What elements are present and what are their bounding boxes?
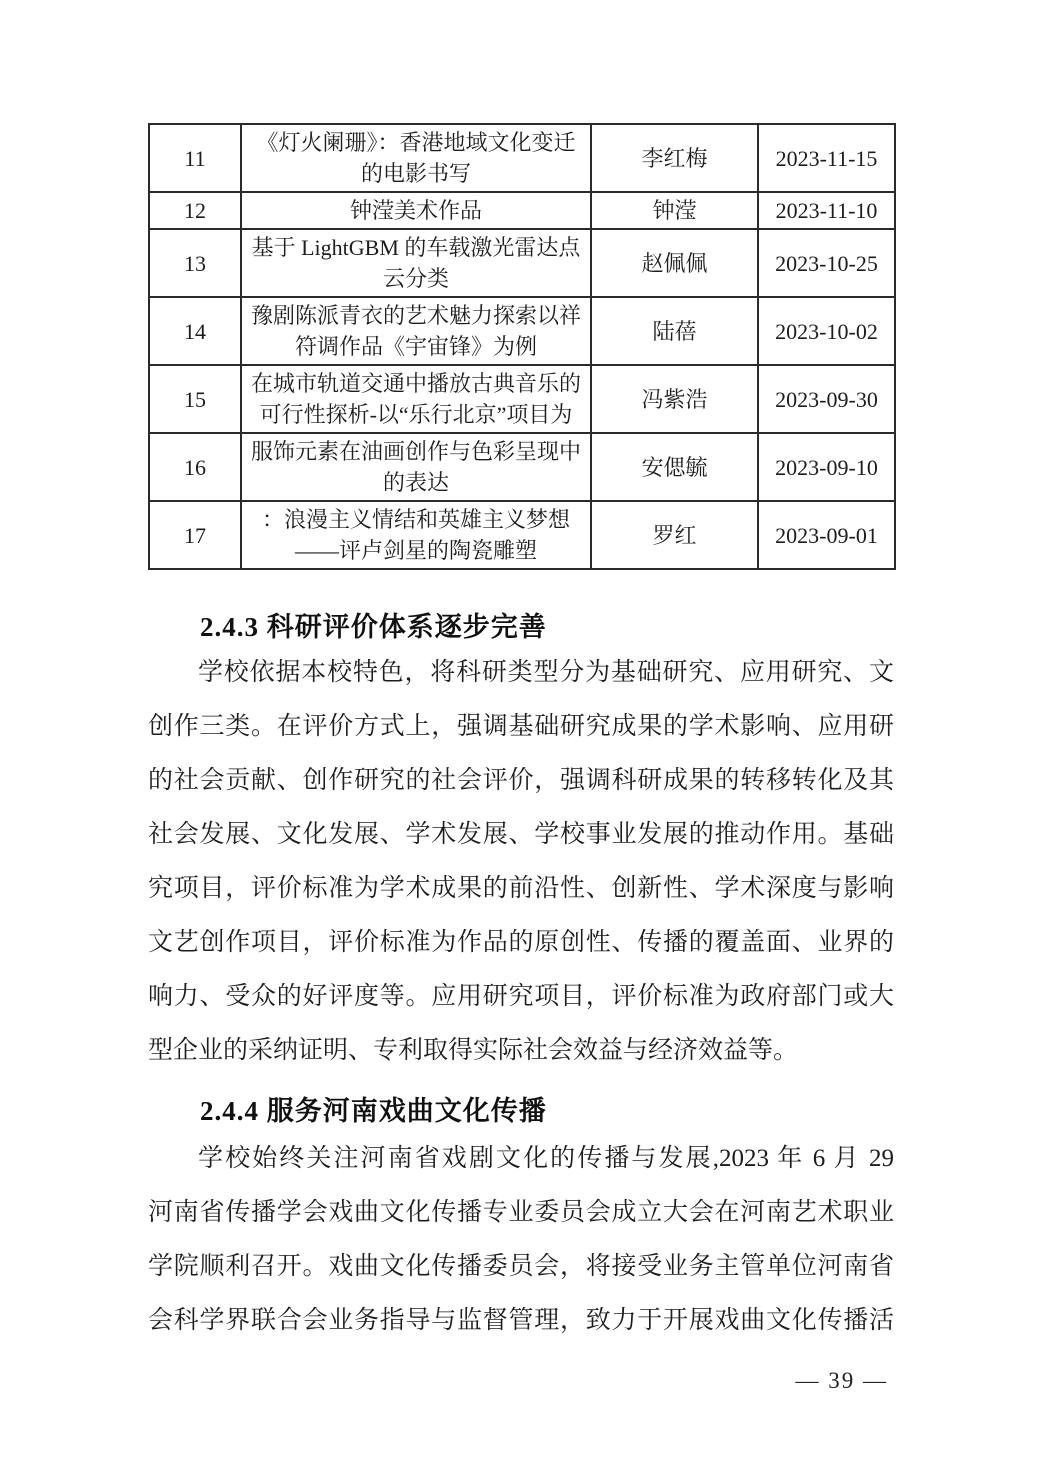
table-row: 16 服饰元素在油画创作与色彩呈现中的表达 安偲毓 2023-09-10 (149, 433, 895, 501)
row-number-cell: 15 (149, 365, 241, 433)
row-number-cell: 11 (149, 124, 241, 192)
row-number-cell: 16 (149, 433, 241, 501)
date-cell: 2023-09-10 (758, 433, 895, 501)
row-number-cell: 17 (149, 501, 241, 569)
author-cell: 冯紫浩 (591, 365, 758, 433)
table-row: 17 ：浪漫主义情结和英雄主义梦想——评卢剑星的陶瓷雕塑 罗红 2023-09-… (149, 501, 895, 569)
publications-table: 11 《灯火阑珊》：香港地域文化变迁的电影书写 李红梅 2023-11-15 1… (148, 123, 896, 570)
date-cell: 2023-11-15 (758, 124, 895, 192)
paragraph-line: 究项目，评价标准为学术成果的前沿性、创新性、学术深度与影响力。 (148, 862, 894, 916)
row-number-cell: 13 (149, 229, 241, 297)
paragraph-line: 的社会贡献、创作研究的社会评价，强调科研成果的转移转化及其对 (148, 754, 894, 808)
paragraph-line: 响力、受众的好评度等。应用研究项目，评价标准为政府部门或大中 (148, 970, 894, 1024)
table-row: 15 在城市轨道交通中播放古典音乐的可行性探析-以“乐行北京”项目为 冯紫浩 2… (149, 365, 895, 433)
paragraph-line: 创作三类。在评价方式上，强调基础研究成果的学术影响、应用研究 (148, 700, 894, 754)
row-number-cell: 12 (149, 192, 241, 229)
paragraph-line: 社会发展、文化发展、学术发展、学校事业发展的推动作用。基础研 (148, 808, 894, 862)
date-cell: 2023-09-01 (758, 501, 895, 569)
title-cell: 钟滢美术作品 (241, 192, 591, 229)
date-cell: 2023-09-30 (758, 365, 895, 433)
paragraph-2-4-3: 学校依据本校特色，将科研类型分为基础研究、应用研究、文艺 创作三类。在评价方式上… (148, 646, 894, 1078)
section-heading-2-4-3: 2.4.3 科研评价体系逐步完善 (148, 609, 894, 645)
title-cell: 《灯火阑珊》：香港地域文化变迁的电影书写 (241, 124, 591, 192)
document-page: 11 《灯火阑珊》：香港地域文化变迁的电影书写 李红梅 2023-11-15 1… (0, 0, 1041, 1472)
paragraph-line: 文艺创作项目，评价标准为作品的原创性、传播的覆盖面、业界的影 (148, 916, 894, 970)
author-cell: 钟滢 (591, 192, 758, 229)
date-cell: 2023-10-25 (758, 229, 895, 297)
section-heading-2-4-4: 2.4.4 服务河南戏曲文化传播 (148, 1093, 894, 1129)
paragraph-line: 会科学界联合会业务指导与监督管理，致力于开展戏曲文化传播活动 (148, 1294, 894, 1348)
paragraph-line: 学校依据本校特色，将科研类型分为基础研究、应用研究、文艺 (148, 646, 894, 700)
title-cell: 豫剧陈派青衣的艺术魅力探索以祥符调作品《宇宙锋》为例 (241, 297, 591, 365)
date-cell: 2023-11-10 (758, 192, 895, 229)
row-number-cell: 14 (149, 297, 241, 365)
paragraph-line: 学校始终关注河南省戏剧文化的传播与发展,2023 年 6 月 29 日， (148, 1132, 894, 1186)
title-cell: 服饰元素在油画创作与色彩呈现中的表达 (241, 433, 591, 501)
table-row: 12 钟滢美术作品 钟滢 2023-11-10 (149, 192, 895, 229)
paragraph-line: 河南省传播学会戏曲文化传播专业委员会成立大会在河南艺术职业 (148, 1186, 894, 1240)
table-row: 11 《灯火阑珊》：香港地域文化变迁的电影书写 李红梅 2023-11-15 (149, 124, 895, 192)
table-row: 14 豫剧陈派青衣的艺术魅力探索以祥符调作品《宇宙锋》为例 陆蓓 2023-10… (149, 297, 895, 365)
paragraph-line: 型企业的采纳证明、专利取得实际社会效益与经济效益等。 (148, 1024, 894, 1078)
title-cell: ：浪漫主义情结和英雄主义梦想——评卢剑星的陶瓷雕塑 (241, 501, 591, 569)
table-row: 13 基于 LightGBM 的车载激光雷达点云分类 赵佩佩 2023-10-2… (149, 229, 895, 297)
author-cell: 罗红 (591, 501, 758, 569)
author-cell: 陆蓓 (591, 297, 758, 365)
date-cell: 2023-10-02 (758, 297, 895, 365)
author-cell: 赵佩佩 (591, 229, 758, 297)
author-cell: 李红梅 (591, 124, 758, 192)
paragraph-2-4-4: 学校始终关注河南省戏剧文化的传播与发展,2023 年 6 月 29 日， 河南省… (148, 1132, 894, 1348)
page-number: — 39 — (148, 1366, 888, 1396)
title-cell: 基于 LightGBM 的车载激光雷达点云分类 (241, 229, 591, 297)
paragraph-line: 学院顺利召开。戏曲文化传播委员会，将接受业务主管单位河南省社 (148, 1240, 894, 1294)
title-cell: 在城市轨道交通中播放古典音乐的可行性探析-以“乐行北京”项目为 (241, 365, 591, 433)
author-cell: 安偲毓 (591, 433, 758, 501)
